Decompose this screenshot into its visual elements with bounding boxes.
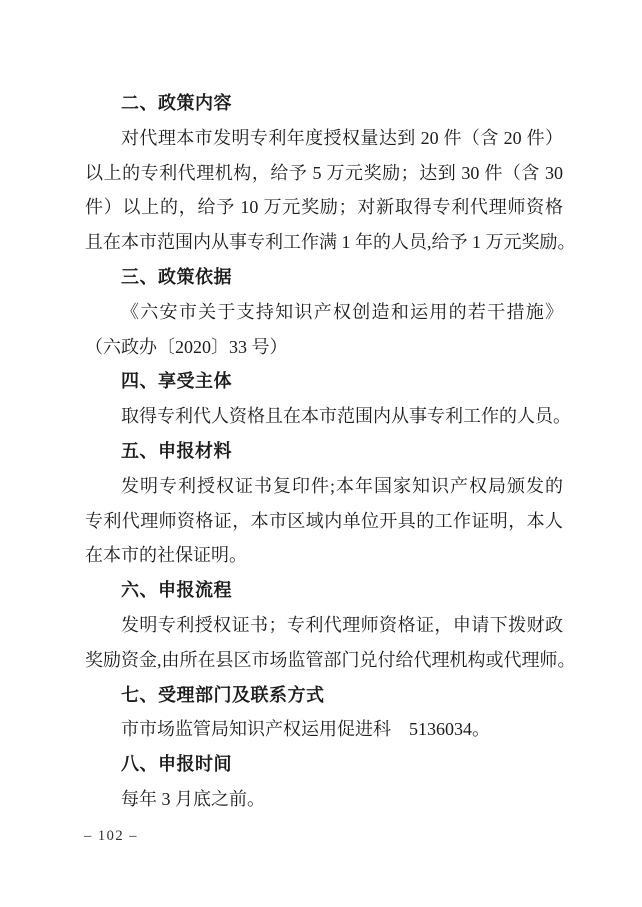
body-line: 发明专利授权证书；专利代理师资格证，申请下拨财政	[85, 608, 563, 643]
section-heading-policy-content: 二、政策内容	[85, 86, 563, 121]
document-content: 二、政策内容 对代理本市发明专利年度授权量达到 20 件（含 20 件） 以上的…	[85, 86, 563, 817]
body-line: 发明专利授权证书复印件;本年国家知识产权局颁发的	[85, 469, 563, 504]
section-heading-application-materials: 五、申报材料	[85, 434, 563, 469]
section-policy-content: 二、政策内容 对代理本市发明专利年度授权量达到 20 件（含 20 件） 以上的…	[85, 86, 563, 260]
section-heading-application-process: 六、申报流程	[85, 573, 563, 608]
section-heading-policy-basis: 三、政策依据	[85, 260, 563, 295]
section-beneficiary: 四、享受主体 取得专利代人资格且在本市范围内从事专利工作的人员。	[85, 364, 563, 434]
body-line: 件）以上的，给予 10 万元奖励；对新取得专利代理师资格	[85, 190, 563, 225]
section-application-materials: 五、申报材料 发明专利授权证书复印件;本年国家知识产权局颁发的 专利代理师资格证…	[85, 434, 563, 573]
section-policy-basis: 三、政策依据 《六安市关于支持知识产权创造和运用的若干措施》 （六政办〔2020…	[85, 260, 563, 364]
section-heading-accepting-department: 七、受理部门及联系方式	[85, 678, 563, 713]
section-application-time: 八、申报时间 每年 3 月底之前。	[85, 747, 563, 817]
section-heading-beneficiary: 四、享受主体	[85, 364, 563, 399]
section-accepting-department: 七、受理部门及联系方式 市市场监管局知识产权运用促进科 5136034。	[85, 678, 563, 748]
body-line: 市市场监管局知识产权运用促进科 5136034。	[85, 712, 563, 747]
body-line: 奖励资金,由所在县区市场监管部门兑付给代理机构或代理师。	[85, 643, 563, 678]
document-page: 二、政策内容 对代理本市发明专利年度授权量达到 20 件（含 20 件） 以上的…	[0, 0, 642, 907]
body-line: （六政办〔2020〕33 号）	[85, 330, 563, 365]
body-line: 且在本市范围内从事专利工作满 1 年的人员,给予 1 万元奖励。	[85, 225, 563, 260]
body-line: 每年 3 月底之前。	[85, 782, 563, 817]
body-line: 《六安市关于支持知识产权创造和运用的若干措施》	[85, 295, 563, 330]
body-line: 在本市的社保证明。	[85, 538, 563, 573]
body-line: 对代理本市发明专利年度授权量达到 20 件（含 20 件）	[85, 121, 563, 156]
body-line: 专利代理师资格证，本市区域内单位开具的工作证明，本人	[85, 504, 563, 539]
page-number: – 102 –	[84, 826, 138, 846]
body-line: 取得专利代人资格且在本市范围内从事专利工作的人员。	[85, 399, 563, 434]
section-heading-application-time: 八、申报时间	[85, 747, 563, 782]
body-line: 以上的专利代理机构，给予 5 万元奖励；达到 30 件（含 30	[85, 156, 563, 191]
section-application-process: 六、申报流程 发明专利授权证书；专利代理师资格证，申请下拨财政 奖励资金,由所在…	[85, 573, 563, 677]
